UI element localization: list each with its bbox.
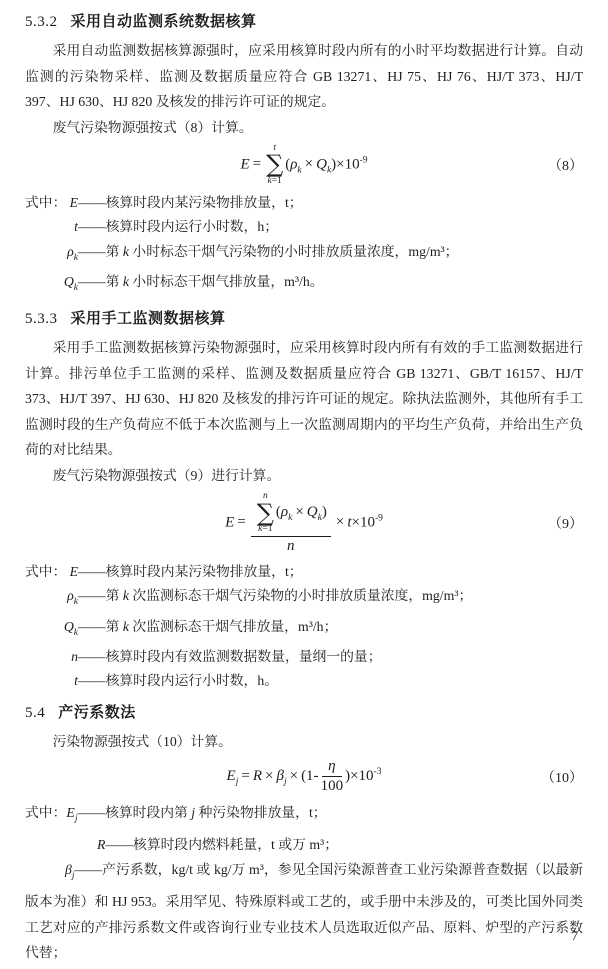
- section-title: 产污系数法: [58, 703, 136, 723]
- definition-desc: 核算时段内燃料耗量，t 或万 m³；: [133, 837, 338, 852]
- math-times: ×: [302, 156, 316, 172]
- math-times: ×: [262, 768, 276, 784]
- math-var-rho: ρ: [67, 244, 74, 259]
- definition-row: E——核算时段内某污染物排放量，t；: [25, 560, 583, 585]
- definition-desc: 第 k 小时标态干烟气排放量，m³/h。: [106, 270, 324, 295]
- formula-10-expression: Ej=R×βj×(1-η100)×10-3: [227, 758, 382, 795]
- formula-where-label: 式中：: [25, 805, 66, 820]
- math-equals: =: [234, 514, 248, 530]
- definition-dash: ——: [78, 560, 106, 585]
- definition-desc: 产污系数，kg/t 或 kg/万 m³，参见全国污染源普查工业污染源普查数据（以…: [25, 862, 583, 960]
- math-times: ×: [333, 514, 347, 530]
- fraction-numerator: n∑k=1(ρk×Qk): [251, 491, 331, 537]
- definition-row: Qk——第 k 次监测标态干烟气排放量，m³/h；: [25, 615, 583, 645]
- math-var-beta: β: [276, 768, 283, 784]
- paragraph-533-formula-intro: 废气污染物源强按式（9）进行计算。: [25, 463, 583, 489]
- math-var-E: E: [66, 805, 74, 820]
- definition-desc: 第 k 小时标态干烟气污染物的小时排放质量浓度，mg/m³；: [106, 240, 459, 265]
- formula-where-label: 式中：: [25, 191, 66, 216]
- definition-desc: 第 k 次监测标态干烟气污染物的小时排放质量浓度，mg/m³；: [106, 584, 473, 609]
- definition-dash: ——: [78, 669, 106, 694]
- equation-number-8: （8）: [548, 155, 583, 175]
- exponent: -3: [374, 767, 382, 777]
- formula-10: Ej=R×βj×(1-η100)×10-3 （10）: [25, 758, 583, 795]
- definition-dash: ——: [78, 270, 106, 295]
- math-var-E: E: [225, 514, 234, 530]
- definition-dash: ——: [78, 584, 106, 609]
- times-ten: ×10: [351, 514, 374, 530]
- definition-dash: ——: [78, 645, 106, 670]
- desc-part: 次监测标态干烟气污染物的小时排放质量浓度，mg/m³；: [129, 588, 472, 603]
- definition-desc: 核算时段内运行小时数，h；: [106, 215, 278, 240]
- desc-part: 第: [106, 244, 123, 259]
- definition-dash: ——: [105, 837, 133, 852]
- sum-lower-limit: k=1: [267, 176, 281, 186]
- equation-number-9: （9）: [548, 513, 583, 533]
- math-var-Q: Q: [64, 619, 74, 634]
- definition-row: ρk——第 k 小时标态干烟气污染物的小时排放质量浓度，mg/m³；: [25, 240, 583, 270]
- paragraph-54-formula-intro: 污染物源强按式（10）计算。: [25, 729, 583, 755]
- definition-row: R——核算时段内燃料耗量，t 或万 m³；: [97, 832, 583, 857]
- section-number: 5.3.2: [25, 12, 58, 32]
- definition-var: Qk: [25, 615, 78, 645]
- definition-row: 式中：Ej——核算时段内第 j 种污染物排放量，t；: [25, 800, 583, 832]
- math-var-Q: Q: [307, 504, 318, 520]
- desc-part: 小时标态干烟气排放量，m³/h。: [129, 274, 324, 289]
- definition-desc: 核算时段内某污染物排放量，t；: [106, 191, 303, 216]
- math-times: ×: [292, 504, 306, 520]
- definition-dash: ——: [77, 805, 105, 820]
- definition-desc: 核算时段内运行小时数，h。: [106, 669, 278, 694]
- paren-close: ): [322, 504, 327, 520]
- math-var-Q: Q: [64, 274, 74, 289]
- definition-beta-paragraph: βj——产污系数，kg/t 或 kg/万 m³，参见全国污染源普查工业污染源普查…: [25, 857, 583, 966]
- math-var-rho: ρ: [281, 504, 288, 520]
- times-ten: ×10: [350, 768, 373, 784]
- definition-row: n——核算时段内有效监测数据数量，量纲一的量；: [25, 645, 583, 670]
- sigma-symbol: ∑: [257, 502, 274, 525]
- section-number: 5.3.3: [25, 309, 58, 329]
- math-var-E: E: [240, 156, 249, 172]
- document-body: { "shared": { "formula_prefix": "式中：", "…: [0, 0, 608, 969]
- desc-part: 次监测标态干烟气排放量，m³/h；: [129, 619, 337, 634]
- math-equals: =: [250, 156, 264, 172]
- fraction-denominator: 100: [321, 777, 344, 795]
- definition-var: ρk: [25, 240, 78, 270]
- definition-row: Qk——第 k 小时标态干烟气排放量，m³/h。: [25, 270, 583, 300]
- document-page: 5.3.2 采用自动监测系统数据核算 采用自动监测数据核算源强时，应采用核算时段…: [0, 0, 608, 957]
- sum-index-start: =1: [272, 176, 282, 186]
- math-var-R: R: [253, 768, 262, 784]
- definition-var: t: [25, 669, 78, 694]
- definition-row: ρk——第 k 次监测标态干烟气污染物的小时排放质量浓度，mg/m³；: [25, 584, 583, 614]
- math-var-E: E: [227, 768, 236, 784]
- math-var-rho: ρ: [67, 588, 74, 603]
- section-number: 5.4: [25, 703, 45, 723]
- desc-part: 核算时段内第: [105, 805, 191, 820]
- equation-number-10: （10）: [541, 767, 583, 787]
- math-equals: =: [238, 768, 252, 784]
- section-5-3-3-heading: 5.3.3 采用手工监测数据核算: [25, 309, 583, 329]
- definition-desc: 核算时段内第 j 种污染物排放量，t；: [105, 805, 327, 820]
- math-var-E: E: [70, 564, 78, 579]
- formula-8-expression: E=t∑k=1(ρk×Qk)×10-9: [240, 143, 367, 187]
- definition-dash: ——: [78, 191, 106, 216]
- definition-list-533: 式中： E——核算时段内某污染物排放量，t； ρk——第 k 次监测标态干烟气污…: [25, 560, 583, 694]
- desc-part: 第: [106, 274, 123, 289]
- definition-var: Qk: [25, 270, 78, 300]
- definition-desc: 核算时段内有效监测数据数量，量纲一的量；: [106, 645, 382, 670]
- sum-lower-limit: k=1: [258, 524, 272, 534]
- definition-var: ρk: [25, 584, 78, 614]
- section-title: 采用自动监测系统数据核算: [71, 12, 257, 32]
- fraction-denominator: n: [287, 537, 295, 555]
- definition-row: t——核算时段内运行小时数，h。: [25, 669, 583, 694]
- definition-desc: 核算时段内某污染物排放量，t；: [106, 560, 303, 585]
- desc-part: 小时标态干烟气污染物的小时排放质量浓度，mg/m³；: [129, 244, 459, 259]
- definition-list-54: 式中：Ej——核算时段内第 j 种污染物排放量，t； R——核算时段内燃料耗量，…: [25, 800, 583, 966]
- desc-part: 种污染物排放量，t；: [195, 805, 326, 820]
- math-times: ×: [287, 768, 301, 784]
- definition-var: n: [25, 645, 78, 670]
- section-5-4-heading: 5.4 产污系数法: [25, 703, 583, 723]
- desc-part: 第: [106, 588, 123, 603]
- paragraph-532-formula-intro: 废气污染物源强按式（8）计算。: [25, 115, 583, 141]
- sigma-symbol: ∑: [266, 153, 283, 176]
- summation-operator: t∑k=1: [266, 143, 283, 187]
- formula-where-label: 式中：: [25, 560, 66, 585]
- paragraph-533-body: 采用手工监测数据核算污染物源强时，应采用核算时段内所有有效的手工监测数据进行计算…: [25, 335, 583, 463]
- definition-dash: ——: [78, 615, 106, 640]
- paren-open-one-minus: (1-: [301, 768, 319, 784]
- definition-dash: ——: [78, 240, 106, 265]
- definition-var: t: [25, 215, 78, 240]
- times-ten: ×10: [336, 156, 359, 172]
- math-var-eta: η: [328, 758, 335, 775]
- fraction: η100: [321, 758, 344, 795]
- paragraph-532-body: 采用自动监测数据核算源强时，应采用核算时段内所有的小时平均数据进行计算。自动监测…: [25, 38, 583, 115]
- definition-list-532: 式中： E——核算时段内某污染物排放量，t； t——核算时段内运行小时数，h； …: [25, 191, 583, 301]
- definition-dash: ——: [78, 215, 106, 240]
- definition-desc: 第 k 次监测标态干烟气排放量，m³/h；: [106, 615, 338, 640]
- definition-dash: ——: [75, 862, 103, 877]
- fraction: n∑k=1(ρk×Qk)n: [251, 491, 331, 555]
- formula-8: E=t∑k=1(ρk×Qk)×10-9 （8）: [25, 143, 583, 187]
- numerator-expression: (ρk×Qk): [276, 504, 327, 523]
- math-var-Q: Q: [316, 156, 327, 172]
- section-5-3-2-heading: 5.3.2 采用自动监测系统数据核算: [25, 12, 583, 32]
- subscript-k: k: [297, 165, 301, 175]
- section-title: 采用手工监测数据核算: [71, 309, 226, 329]
- definition-row: t——核算时段内运行小时数，h；: [25, 215, 583, 240]
- exponent: -9: [360, 155, 368, 165]
- summation-operator: n∑k=1: [257, 491, 274, 535]
- math-var-n: n: [71, 649, 78, 664]
- exponent: -9: [375, 513, 383, 523]
- formula-9-expression: E=n∑k=1(ρk×Qk)n×t×10-9: [225, 491, 383, 555]
- formula-9: E=n∑k=1(ρk×Qk)n×t×10-9 （9）: [25, 491, 583, 555]
- definition-row: E——核算时段内某污染物排放量，t；: [25, 191, 583, 216]
- sum-index-start: =1: [262, 524, 272, 534]
- math-var-beta: β: [65, 862, 72, 877]
- desc-part: 第: [106, 619, 123, 634]
- page-number: 7: [572, 928, 579, 944]
- math-var-E: E: [70, 195, 78, 210]
- fraction-numerator: η: [322, 758, 341, 777]
